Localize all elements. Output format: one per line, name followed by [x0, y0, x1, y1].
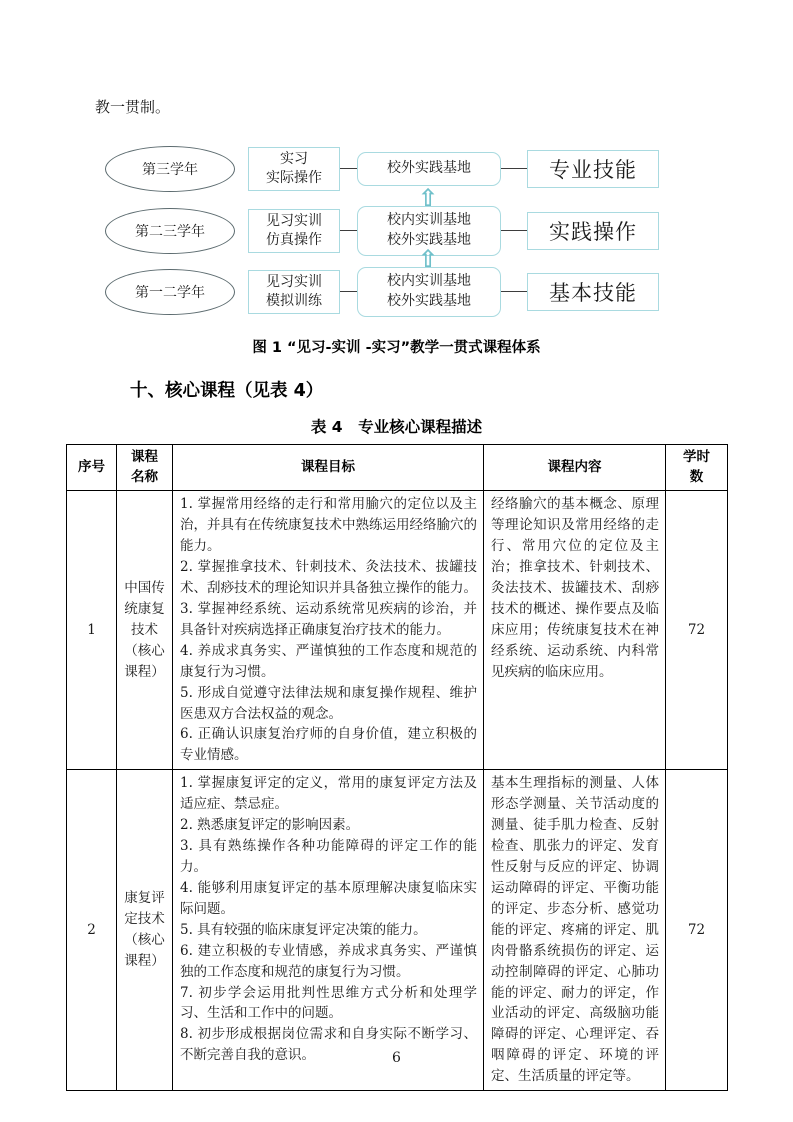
cell-course-goals: 1. 掌握常用经络的走行和常用腧穴的定位以及主治，并具有在传统康复技术中熟练运用… — [173, 491, 484, 770]
connector-line — [501, 168, 527, 170]
outcome-box-basic-skills: 基本技能 — [527, 273, 659, 311]
connector-line — [501, 230, 527, 232]
cell-hours: 72 — [666, 770, 728, 1091]
outcome-box-practice-operation: 实践操作 — [527, 212, 659, 250]
stage-ellipse-year3: 第三学年 — [105, 146, 235, 192]
figure-caption: 图 1 “见习-实训 -实习”教学一贯式课程体系 — [0, 336, 793, 357]
connector-line — [340, 168, 357, 170]
connector-line — [340, 291, 357, 293]
page-number: 6 — [0, 1050, 793, 1066]
cell-hours: 72 — [666, 491, 728, 770]
header-course-content: 课程内容 — [484, 444, 666, 491]
cell-course-name: 康复评定技术（核心课程） — [117, 770, 173, 1091]
base-box-offcampus: 校外实践基地 — [357, 152, 501, 186]
cell-course-content: 经络腧穴的基本概念、原理等理论知识及常用经络的走行、常用穴位的定位及主治；推拿技… — [484, 491, 666, 770]
connector-line — [340, 230, 357, 232]
header-course-name: 课程 名称 — [117, 444, 173, 491]
connector-line — [501, 291, 527, 293]
activity-box-mock-training: 见习实训 模拟训练 — [248, 270, 340, 314]
table-row: 1 中国传统康复技术（核心课程） 1. 掌握常用经络的走行和常用腧穴的定位以及主… — [67, 491, 728, 770]
table-row: 2 康复评定技术（核心课程） 1. 掌握康复评定的定义，常用的康复评定方法及适应… — [67, 770, 728, 1091]
section-heading: 十、核心课程（见表 4） — [130, 377, 793, 402]
table-header-row: 序号 课程 名称 课程目标 课程内容 学时 数 — [67, 444, 728, 491]
curriculum-flow-diagram: 第三学年 实习 实际操作 校外实践基地 专业技能 ⇧ 第二三学年 见习实训 仿真… — [0, 140, 793, 326]
base-box-campus-offcampus-2: 校内实训基地 校外实践基地 — [357, 267, 501, 317]
table-title: 表 4 专业核心课程描述 — [0, 415, 793, 437]
header-index: 序号 — [67, 444, 117, 491]
core-courses-table: 序号 课程 名称 课程目标 课程内容 学时 数 1 中国传统康复技术（核心课程）… — [66, 444, 728, 1092]
stage-ellipse-year12: 第一二学年 — [105, 269, 235, 315]
cell-index: 1 — [67, 491, 117, 770]
activity-box-simulation: 见习实训 仿真操作 — [248, 209, 340, 253]
cell-course-content: 基本生理指标的测量、人体形态学测量、关节活动度的测量、徒手肌力检查、反射检查、肌… — [484, 770, 666, 1091]
header-course-goals: 课程目标 — [173, 444, 484, 491]
document-page: 教一贯制。 第三学年 实习 实际操作 校外实践基地 专业技能 ⇧ 第二三学年 见… — [0, 98, 793, 1091]
intro-text: 教一贯制。 — [95, 98, 793, 118]
header-hours: 学时 数 — [666, 444, 728, 491]
stage-ellipse-year23: 第二三学年 — [105, 208, 235, 254]
activity-box-internship: 实习 实际操作 — [248, 147, 340, 191]
outcome-box-professional-skills: 专业技能 — [527, 150, 659, 188]
cell-course-goals: 1. 掌握康复评定的定义，常用的康复评定方法及适应症、禁忌症。 2. 熟悉康复评… — [173, 770, 484, 1091]
cell-course-name: 中国传统康复技术（核心课程） — [117, 491, 173, 770]
cell-index: 2 — [67, 770, 117, 1091]
